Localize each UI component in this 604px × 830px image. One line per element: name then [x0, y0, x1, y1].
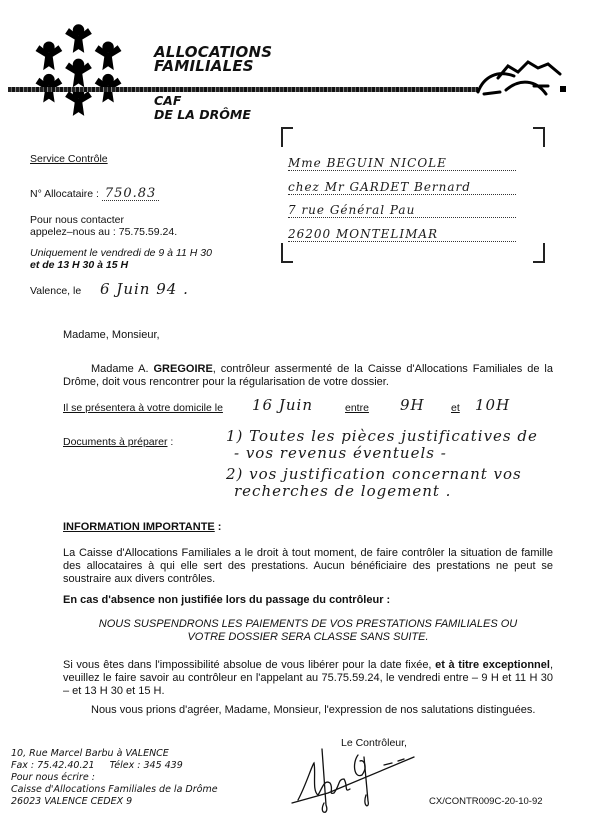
address-corner-bl: [281, 243, 293, 263]
footer-address: 10, Rue Marcel Barbu à VALENCE: [11, 748, 169, 760]
documents-colon: :: [167, 436, 173, 448]
salutation: Madame, Monsieur,: [63, 329, 553, 342]
header-rule: [8, 87, 478, 92]
document-reference: CX/CONTR009C-20-10-92: [429, 796, 543, 807]
address-corner-tl: [281, 127, 293, 147]
allocataire-number: 750.83: [105, 186, 157, 201]
recipient-name: Mme BEGUIN NICOLE: [288, 156, 516, 171]
info-colon: :: [215, 521, 222, 533]
between-label: entre: [345, 402, 369, 415]
signature-icon: [288, 745, 418, 817]
recipient-street: 7 rue Général Pau: [288, 203, 516, 218]
documents-row: Documents à préparer :: [63, 436, 173, 449]
brand-line-2: FAMILIALES: [154, 58, 254, 74]
caf-region: DE LA DRÔME: [154, 107, 251, 122]
allocataire-row: N° Allocataire : 750.83: [30, 187, 159, 201]
document-item: recherches de logement .: [226, 483, 538, 500]
footer-postcode: 26023 VALENCE CEDEX 9: [11, 796, 132, 808]
service-title: Service Contrôle: [30, 153, 108, 166]
caf-children-logo-icon: [26, 22, 131, 122]
closing-text: Nous vous prions d'agréer, Madame, Monsi…: [91, 704, 535, 716]
visit-label: Il se présentera à votre domicile le: [63, 402, 223, 415]
info-paragraph: La Caisse d'Allocations Familiales a le …: [63, 547, 553, 586]
time-to: 10H: [475, 396, 510, 414]
exception-paragraph: Si vous êtes dans l'impossibilité absolu…: [63, 659, 553, 698]
info-heading: INFORMATION IMPORTANTE :: [63, 521, 221, 533]
drome-hills-icon: [476, 56, 568, 102]
info-title: INFORMATION IMPORTANTE: [63, 521, 215, 533]
date-label: Valence, le: [30, 285, 81, 298]
and-label: et: [451, 402, 460, 415]
document-item: - vos revenus éventuels -: [226, 445, 538, 462]
intro-prefix: Madame A.: [63, 363, 154, 375]
footer-write-label: Pour nous écrire :: [11, 772, 95, 784]
caf-label: CAF: [154, 93, 181, 108]
exception-emphasis: et à titre exceptionnel: [435, 659, 550, 671]
footer-org: Caisse d'Allocations Familiales de la Dr…: [11, 784, 218, 796]
document-item: 1) Toutes les pièces justificatives de: [226, 428, 538, 445]
recipient-city: 26200 MONTELIMAR: [288, 227, 516, 242]
controller-name: GREGOIRE: [154, 363, 213, 375]
absence-heading: En cas d'absence non justifiée lors du p…: [63, 594, 553, 607]
documents-label: Documents à préparer: [63, 436, 167, 448]
address-corner-tr: [533, 127, 545, 147]
date-value: 6 Juin 94 .: [100, 280, 189, 298]
footer-fax-telex: Fax : 75.42.40.21 Télex : 345 439: [11, 760, 183, 772]
time-from: 9H: [400, 396, 425, 414]
intro-paragraph: Madame A. GREGOIRE, contrôleur asserment…: [63, 363, 553, 389]
document-item: 2) vos justification concernant vos: [226, 466, 538, 483]
exception-prefix: Si vous êtes dans l'impossibilité absolu…: [63, 659, 435, 671]
hours-line-2: et de 13 H 30 à 15 H: [30, 259, 128, 272]
warning-line-2: VOTRE DOSSIER SERA CLASSE SANS SUITE.: [63, 631, 553, 644]
allocataire-label: N° Allocataire :: [30, 188, 102, 200]
warning-line-1: NOUS SUSPENDRONS LES PAIEMENTS DE VOS PR…: [63, 618, 553, 631]
visit-date: 16 Juin: [252, 396, 313, 414]
documents-list: 1) Toutes les pièces justificatives de -…: [226, 428, 538, 500]
recipient-care-of: chez Mr GARDET Bernard: [288, 180, 516, 195]
contact-phone: appelez–nous au : 75.75.59.24.: [30, 226, 177, 239]
address-corner-br: [533, 243, 545, 263]
closing-paragraph: Nous vous prions d'agréer, Madame, Monsi…: [63, 704, 553, 717]
